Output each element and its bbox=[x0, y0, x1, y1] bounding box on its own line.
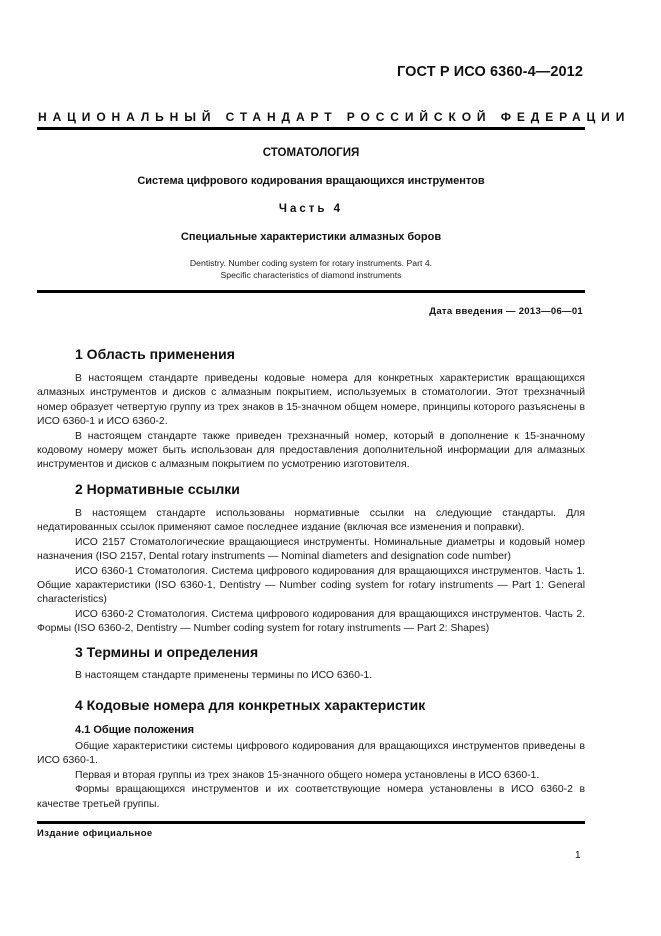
paragraph: В настоящем стандарте также приведен тре… bbox=[37, 430, 585, 473]
paragraph: Первая и вторая группы из трех знаков 15… bbox=[37, 769, 585, 783]
paragraph: В настоящем стандарте приведены кодовые … bbox=[37, 372, 585, 430]
page-number: 1 bbox=[575, 850, 581, 861]
title-part: Часть 4 bbox=[37, 203, 585, 215]
title-main: СТОМАТОЛОГИЯ bbox=[37, 147, 585, 159]
section-2-heading: 2 Нормативные ссылки bbox=[75, 481, 240, 497]
official-edition-label: Издание официальное bbox=[37, 828, 153, 839]
section-4-heading: 4 Кодовые номера для конкретных характер… bbox=[75, 697, 425, 713]
title-subtitle: Система цифрового кодирования вращающихс… bbox=[37, 175, 585, 187]
section-3-body: В настоящем стандарте применены термины … bbox=[37, 669, 585, 683]
paragraph: Формы вращающихся инструментов и их соот… bbox=[37, 783, 585, 812]
section-3-heading: 3 Термины и определения bbox=[75, 644, 258, 660]
section-4-1-heading: 4.1 Общие положения bbox=[75, 724, 194, 736]
paragraph: Общие характеристики системы цифрового к… bbox=[37, 740, 585, 769]
title-part-name: Специальные характеристики алмазных боро… bbox=[37, 231, 585, 243]
section-4-body: Общие характеристики системы цифрового к… bbox=[37, 740, 585, 812]
header-divider bbox=[37, 127, 585, 130]
section-2-body: В настоящем стандарте использованы норма… bbox=[37, 507, 585, 637]
footer-divider bbox=[37, 821, 585, 824]
national-standard-banner: НАЦИОНАЛЬНЫЙ СТАНДАРТ РОССИЙСКОЙ ФЕДЕРАЦ… bbox=[38, 110, 624, 124]
reference-iso-6360-2: ИСО 6360-2 Стоматология. Система цифрово… bbox=[37, 608, 585, 637]
title-divider bbox=[37, 290, 585, 293]
reference-iso-6360-1: ИСО 6360-1 Стоматология. Система цифрово… bbox=[37, 565, 585, 608]
paragraph: В настоящем стандарте использованы норма… bbox=[37, 507, 585, 536]
paragraph: В настоящем стандарте применены термины … bbox=[37, 669, 585, 683]
title-english-line-2: Specific characteristics of diamond inst… bbox=[37, 269, 585, 281]
document-code: ГОСТ Р ИСО 6360-4—2012 bbox=[397, 64, 583, 80]
section-1-body: В настоящем стандарте приведены кодовые … bbox=[37, 372, 585, 473]
section-1-heading: 1 Область применения bbox=[75, 346, 235, 362]
title-english-line-1: Dentistry. Number coding system for rota… bbox=[37, 257, 585, 269]
title-english: Dentistry. Number coding system for rota… bbox=[37, 257, 585, 281]
introduction-date: Дата введения — 2013—06—01 bbox=[429, 306, 583, 317]
reference-iso-2157: ИСО 2157 Стоматологические вращающиеся и… bbox=[37, 536, 585, 565]
